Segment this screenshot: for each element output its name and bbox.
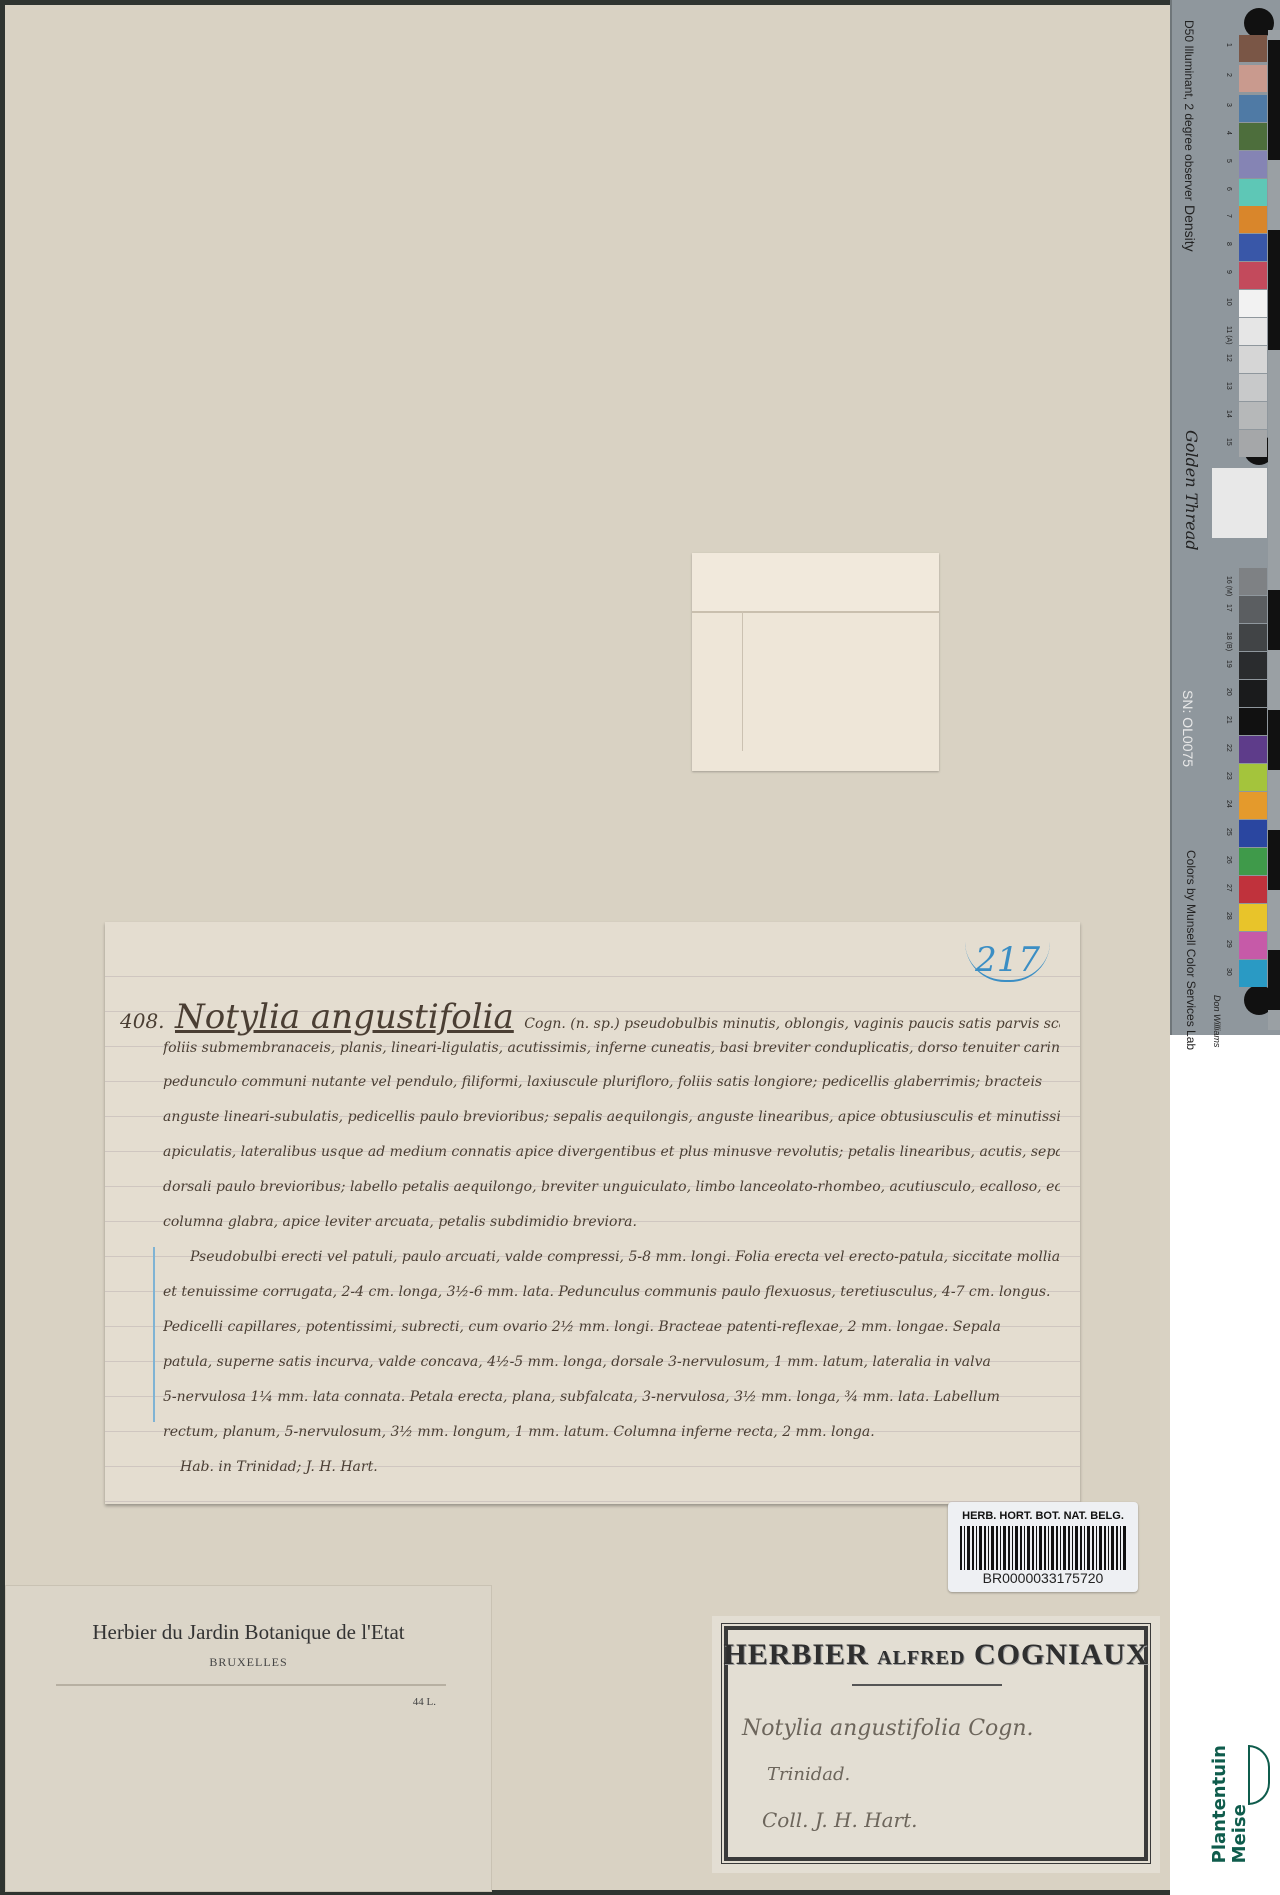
cogniaux-taxon: Notylia angustifolia Cogn.	[742, 1716, 1034, 1741]
title-herbier: HERBIER	[723, 1638, 868, 1671]
color-patch	[1239, 848, 1267, 875]
specimen-envelope[interactable]	[692, 553, 939, 771]
color-patch	[1239, 932, 1267, 959]
plantentuin-meise-logo: Plantentuin Meise	[1210, 1745, 1270, 1885]
title-cogniaux: COGNIAUX	[974, 1638, 1149, 1671]
patch-number: 21	[1225, 716, 1232, 724]
patch-number: 26	[1225, 856, 1232, 864]
patch-number: 28	[1225, 912, 1232, 920]
color-patch	[1239, 374, 1267, 401]
ornament-divider	[852, 1684, 1002, 1686]
description-line: dorsali paulo brevioribus; labello petal…	[163, 1179, 1060, 1195]
color-patch	[1239, 792, 1267, 819]
color-patch	[1239, 652, 1267, 679]
barcode-label: HERB. HORT. BOT. NAT. BELG. BR0000033175…	[948, 1502, 1138, 1592]
color-patch	[1239, 206, 1267, 233]
cogniaux-title: HERBIER ALFRED COGNIAUX	[712, 1638, 1160, 1672]
envelope-flap	[692, 553, 939, 613]
color-patch	[1239, 179, 1267, 206]
patch-number: 9	[1225, 270, 1232, 274]
patch-number: 6	[1225, 187, 1232, 191]
color-patch	[1239, 290, 1267, 317]
color-patch	[1239, 624, 1267, 651]
patch-number: 5	[1225, 159, 1232, 163]
barcode-header: HERB. HORT. BOT. NAT. BELG.	[948, 1510, 1138, 1522]
taxon-name: Notylia angustifolia	[175, 997, 514, 1037]
patch-number: 10	[1225, 298, 1232, 306]
patch-number: 13	[1225, 382, 1232, 390]
patch-number: 24	[1225, 800, 1232, 808]
description-line: Pedicelli capillares, potentissimi, subr…	[163, 1319, 1060, 1335]
herbarium-code: 44 L.	[6, 1696, 436, 1708]
color-patch	[1239, 151, 1267, 178]
color-patch	[1239, 736, 1267, 763]
color-patch	[1239, 95, 1267, 122]
barcode-icon	[960, 1526, 1126, 1570]
patch-number: 27	[1225, 884, 1232, 892]
color-patch	[1239, 568, 1267, 595]
description-sheet: 217 408. Notylia angustifolia Cogn. (n. …	[105, 922, 1080, 1504]
color-patch	[1239, 318, 1267, 345]
logo-line2: Meise	[1229, 1804, 1250, 1863]
entry-number: 408.	[120, 1009, 165, 1033]
color-patch	[1239, 262, 1267, 289]
herbarium-city: BRUXELLES	[6, 1655, 491, 1670]
envelope-fold	[742, 611, 743, 751]
color-patch	[1239, 123, 1267, 150]
patch-number: 2	[1225, 73, 1232, 77]
description-line: pedunculo communi nutante vel pendulo, f…	[163, 1074, 1060, 1090]
patch-number: 30	[1225, 968, 1232, 976]
cogniaux-label: HERBIER ALFRED COGNIAUX Notylia angustif…	[712, 1616, 1160, 1873]
color-patch	[1239, 402, 1267, 429]
title-alfred: ALFRED	[877, 1647, 965, 1669]
description-line: foliis submembranaceis, planis, lineari-…	[163, 1040, 1060, 1056]
description-text: pseudobulbis minutis, oblongis, vaginis …	[624, 1016, 1060, 1032]
color-patch	[1239, 234, 1267, 261]
cogniaux-locality: Trinidad.	[767, 1764, 850, 1785]
color-patch	[1239, 960, 1267, 987]
patch-number: 18 (B)	[1225, 632, 1232, 651]
description-line: anguste lineari-subulatis, pedicellis pa…	[163, 1109, 1060, 1125]
description-title-line: 408. Notylia angustifolia Cogn. (n. sp.)…	[120, 997, 1060, 1037]
description-line: apiculatis, lateralibus usque ad medium …	[163, 1144, 1060, 1160]
patch-number: 1	[1225, 43, 1232, 47]
color-patch	[1239, 904, 1267, 931]
greenhouse-icon	[1248, 1745, 1270, 1805]
patch-number: 7	[1225, 214, 1232, 218]
patch-number: 3	[1225, 103, 1232, 107]
density-label: Density	[1182, 205, 1198, 252]
signature-label: Don Williams	[1212, 995, 1222, 1047]
taxon-author: Cogn. (n. sp.)	[524, 1016, 619, 1032]
patch-number: 25	[1225, 828, 1232, 836]
patch-number: 29	[1225, 940, 1232, 948]
herbarium-label: Herbier du Jardin Botanique de l'Etat BR…	[5, 1585, 492, 1892]
description-line: 5-nervulosa 1¼ mm. lata connata. Petala …	[163, 1389, 1060, 1405]
ruler-scale	[1268, 30, 1280, 1030]
color-patch	[1239, 820, 1267, 847]
description-line: rectum, planum, 5-nervulosum, 3½ mm. lon…	[163, 1424, 1060, 1440]
color-patch	[1239, 596, 1267, 623]
patch-number: 19	[1225, 660, 1232, 668]
reference-number: 217	[965, 940, 1050, 982]
illuminant-label: D50 Illuminant, 2 degree observer	[1182, 20, 1196, 201]
description-line: columna glabra, apice leviter arcuata, p…	[163, 1214, 1060, 1230]
maker-label: Colors by Munsell Color Services Lab	[1184, 850, 1198, 1050]
color-patch	[1239, 35, 1267, 62]
color-calibration-chart: D50 Illuminant, 2 degree observer Densit…	[1170, 0, 1280, 1035]
gray-scale-target	[1212, 468, 1267, 538]
color-patch	[1239, 708, 1267, 735]
patch-number: 8	[1225, 242, 1232, 246]
color-patch	[1239, 680, 1267, 707]
barcode-number: BR0000033175720	[948, 1570, 1138, 1586]
color-patch	[1239, 430, 1267, 457]
patch-number: 20	[1225, 688, 1232, 696]
patch-number: 14	[1225, 410, 1232, 418]
color-patch	[1239, 65, 1267, 92]
habitat-line: Hab. in Trinidad; J. H. Hart.	[180, 1459, 1060, 1475]
color-patch	[1239, 346, 1267, 373]
logo-line1: Plantentuin	[1209, 1745, 1230, 1863]
description-line: et tenuissime corrugata, 2-4 cm. longa, …	[163, 1284, 1060, 1300]
herbarium-title: Herbier du Jardin Botanique de l'Etat	[6, 1620, 491, 1645]
divider	[56, 1684, 446, 1686]
patch-number: 23	[1225, 772, 1232, 780]
color-patch	[1239, 764, 1267, 791]
serial-label: SN: OL0075	[1180, 690, 1196, 767]
color-patch	[1239, 876, 1267, 903]
brand-label: Golden Thread	[1182, 430, 1201, 551]
patch-number: 22	[1225, 744, 1232, 752]
patch-number: 11 (A)	[1225, 326, 1232, 345]
description-line: patula, superne satis incurva, valde con…	[163, 1354, 1060, 1370]
patch-number: 15	[1225, 438, 1232, 446]
patch-number: 4	[1225, 131, 1232, 135]
patch-number: 16 (M)	[1225, 576, 1232, 596]
logo-text: Plantentuin Meise	[1210, 1745, 1250, 1863]
patch-number: 12	[1225, 354, 1232, 362]
margin-line	[153, 1247, 155, 1422]
patch-number: 17	[1225, 604, 1232, 612]
description-line: Pseudobulbi erecti vel patuli, paulo arc…	[190, 1249, 1060, 1265]
cogniaux-collector: Coll. J. H. Hart.	[762, 1808, 918, 1832]
